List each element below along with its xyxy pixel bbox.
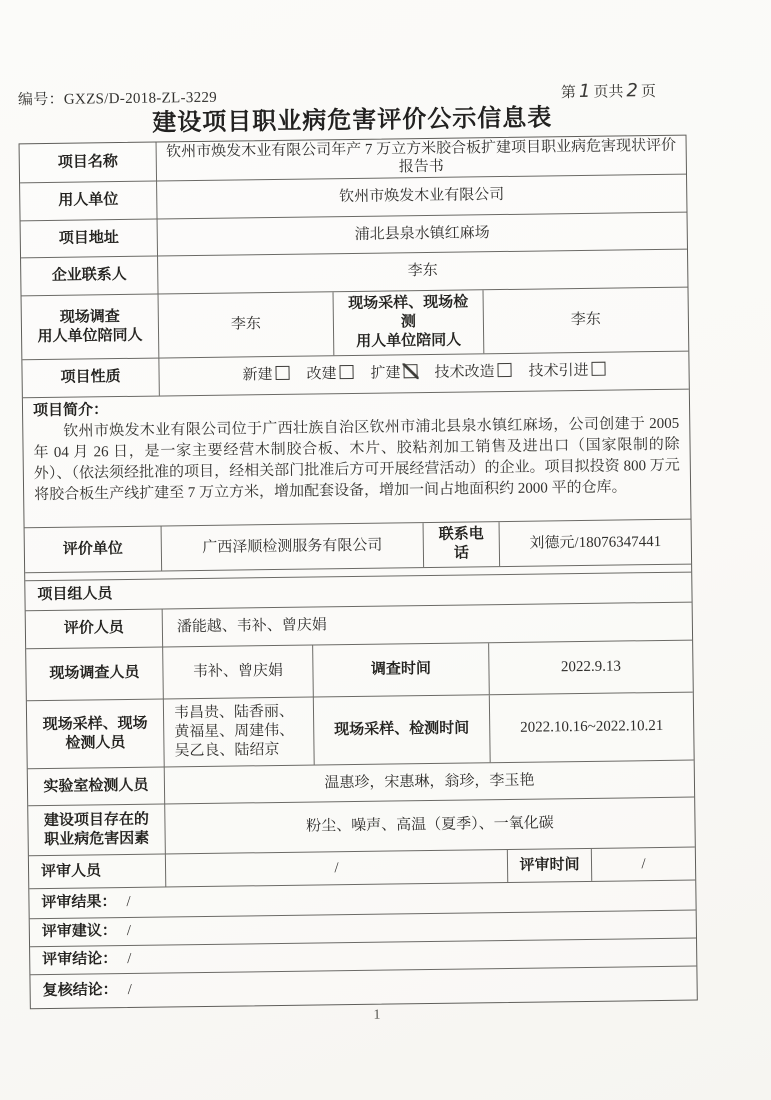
sampling-time-label: 现场采样、检测时间	[314, 695, 491, 764]
evaluator-label: 评价单位	[25, 527, 163, 573]
review-advice-value: /	[127, 922, 131, 941]
review-conclusion-value: /	[127, 950, 131, 969]
option-expand-label: 扩建	[370, 365, 400, 381]
checkbox-checked-icon	[403, 364, 417, 378]
checkbox-icon	[339, 365, 353, 379]
sampling-staff-label: 现场采样、现场 检测人员	[27, 699, 165, 768]
row-hazards: 建设项目存在的 职业病危害因素 粉尘、噪声、高温（夏季）、一氧化碳	[28, 798, 695, 857]
project-nature-options: 新建 改建 扩建 技术改造 技术引进	[159, 352, 688, 396]
project-name-label: 项目名称	[20, 143, 157, 183]
project-nature-label: 项目性质	[22, 359, 159, 398]
checkbox-icon	[275, 366, 289, 380]
phone-label: 联系电 话	[424, 522, 501, 567]
survey-staff-label: 现场调查人员	[26, 647, 164, 700]
address-label: 项目地址	[21, 220, 158, 258]
project-name-value: 钦州市焕发木业有限公司年产 7 万立方米胶合板扩建项目职业病危害现状评价报告书	[157, 136, 686, 181]
site-survey-value: 李东	[159, 292, 335, 357]
row-sampling-staff: 现场采样、现场 检测人员 韦昌贵、陆香丽、 黄福星、周建伟、 吴乙良、陆绍京 现…	[27, 693, 694, 770]
review-time-value: /	[592, 848, 695, 881]
employer-value: 钦州市焕发木业有限公司	[157, 175, 686, 219]
review-time-label: 评审时间	[508, 849, 592, 882]
contact-label: 企业联系人	[21, 257, 158, 296]
option-expand: 扩建	[370, 364, 417, 383]
evaluator-value: 广西泽顺检测服务有限公司	[162, 523, 425, 570]
option-tech-upgrade: 技术改造	[434, 363, 511, 383]
survey-time-value: 2022.9.13	[489, 641, 693, 695]
option-rebuild-label: 改建	[306, 366, 336, 382]
address-value: 浦北县泉水镇红麻场	[158, 213, 687, 256]
sampling-escort-label: 现场采样、现场检 测 用人单位陪同人	[334, 290, 485, 355]
option-tech-import: 技术引进	[528, 362, 605, 382]
option-tech-import-label: 技术引进	[528, 363, 588, 380]
survey-time-label: 调查时间	[313, 643, 490, 696]
recheck-conclusion-label: 复核结论：	[43, 981, 118, 1001]
sampling-escort-value: 李东	[484, 288, 689, 354]
survey-staff-value: 韦补、曾庆娟	[163, 646, 314, 699]
phone-value: 刘德元/18076347441	[500, 520, 692, 566]
review-staff-label: 评审人员	[29, 854, 166, 888]
option-tech-upgrade-label: 技术改造	[434, 364, 494, 381]
contact-value: 李东	[158, 250, 687, 294]
lab-staff-value: 温惠珍，宋惠琳，翁珍，李玉艳	[165, 761, 694, 804]
info-table: 项目名称 钦州市焕发木业有限公司年产 7 万立方米胶合板扩建项目职业病危害现状评…	[19, 135, 698, 1010]
review-result-label: 评审结果：	[41, 893, 116, 913]
sampling-time-value: 2022.10.16~2022.10.21	[490, 693, 694, 763]
option-new: 新建	[242, 366, 289, 385]
option-new-label: 新建	[242, 367, 272, 383]
checkbox-icon	[497, 363, 511, 377]
site-survey-label: 现场调查 用人单位陪同人	[22, 295, 160, 360]
hazards-value: 粉尘、噪声、高温（夏季）、一氧化碳	[165, 798, 695, 854]
checkbox-icon	[591, 362, 605, 376]
scanned-sheet: 编号：GXZS/D-2018-ZL-3229 第1页共2页 建设项目职业病危害评…	[0, 0, 771, 1100]
review-advice-label: 评审建议：	[42, 922, 117, 942]
employer-label: 用人单位	[20, 182, 157, 221]
recheck-conclusion-value: /	[128, 981, 132, 1000]
eval-staff-label: 评价人员	[26, 609, 163, 648]
hazards-label: 建设项目存在的 职业病危害因素	[28, 804, 166, 855]
review-result-value: /	[126, 893, 130, 912]
page-title: 建设项目职业病危害评价公示信息表	[18, 96, 686, 140]
lab-staff-label: 实验室检测人员	[28, 767, 165, 805]
row-project-intro: 项目简介： 钦州市焕发木业有限公司位于广西壮族自治区钦州市浦北县泉水镇红麻场，公…	[23, 390, 691, 529]
row-survey-staff: 现场调查人员 韦补、曾庆娟 调查时间 2022.9.13	[26, 641, 693, 702]
review-staff-value: /	[166, 850, 508, 886]
option-rebuild: 改建	[306, 365, 353, 384]
eval-staff-value: 潘能越、韦补、曾庆娟	[163, 603, 692, 647]
row-site-survey: 现场调查 用人单位陪同人 李东 现场采样、现场检 测 用人单位陪同人 李东	[22, 288, 689, 361]
sampling-staff-value: 韦昌贵、陆香丽、 黄福星、周建伟、 吴乙良、陆绍京	[164, 698, 315, 767]
footer-page-number: 1	[362, 1008, 392, 1024]
intro-text: 钦州市焕发木业有限公司位于广西壮族自治区钦州市浦北县泉水镇红麻场，公司创建于 2…	[33, 413, 680, 505]
review-conclusion-label: 评审结论：	[42, 950, 117, 970]
